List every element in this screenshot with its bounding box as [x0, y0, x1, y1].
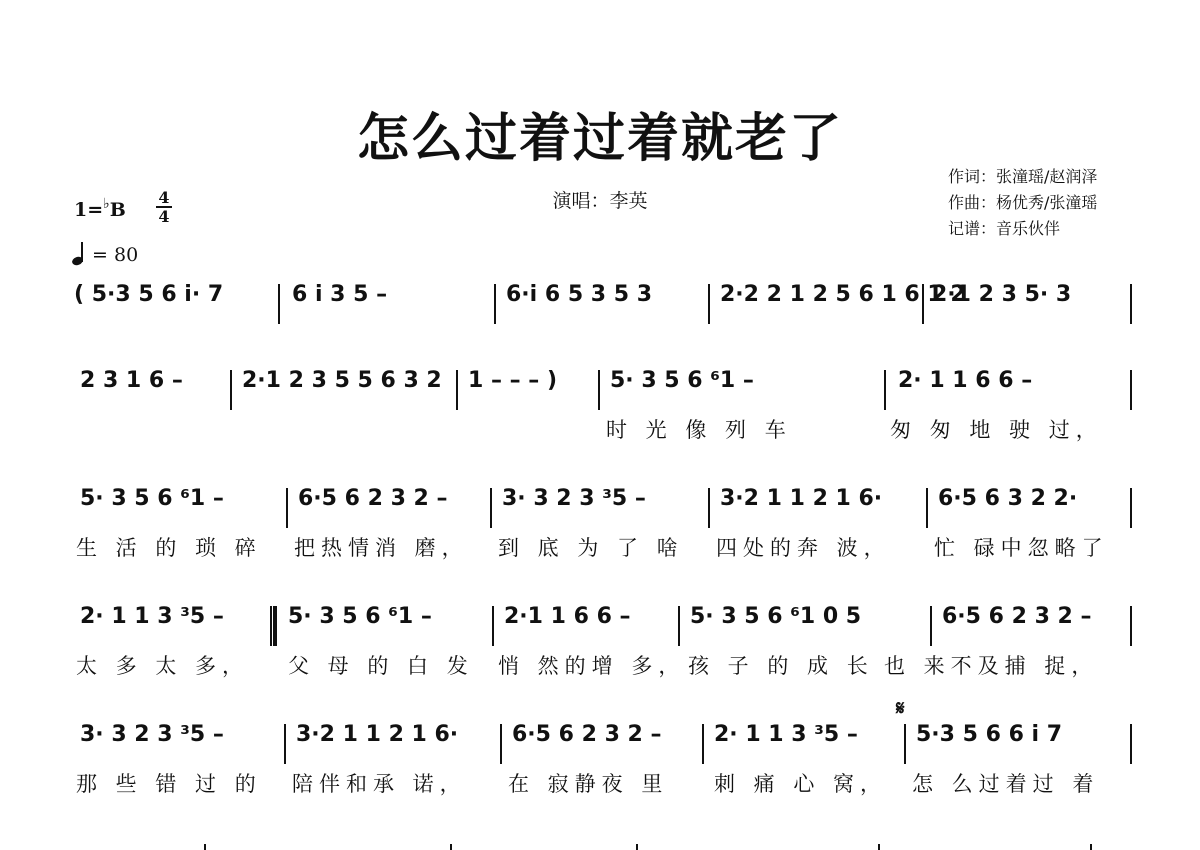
- measure: 2· 1 1 3 ³5 –: [714, 722, 858, 747]
- lyric-line: 到 底 为 了 啥: [498, 532, 684, 562]
- lyric-line: 刺 痛 心 窝，: [714, 768, 887, 798]
- measure: 5·3 5 6 6 i 7: [916, 722, 1062, 747]
- measure: 2·1 2 3 5· 3: [932, 282, 1071, 307]
- lyric-line: 太 多 太 多，: [76, 650, 249, 680]
- measure: 3· 3 2 3 ³5 –: [502, 486, 646, 511]
- measure: 2 3 1 6 –: [80, 368, 183, 393]
- measure: 3· 3 2 3 ³5 –: [80, 722, 224, 747]
- lyric-line: 生 活 的 琐 碎: [76, 532, 262, 562]
- score-row-4: 2· 1 1 3 ³5 – 5· 3 5 6 ⁶1 – 2·1 1 6 6 – …: [70, 600, 1140, 684]
- lyric-line: 也 来不及捕 捉，: [884, 650, 1098, 680]
- measure: 3·2 1 1 2 1 6·: [296, 722, 458, 747]
- lyric-line: 孩 子 的 成 长: [688, 650, 874, 680]
- repeat-start-barline: [270, 606, 277, 646]
- lyric-line: 陪伴和承 诺，: [292, 768, 467, 798]
- time-sig-bottom: 4: [156, 209, 172, 224]
- flat-icon: ♭: [103, 196, 110, 212]
- measure: 5· 3 5 6 ⁶1 –: [610, 368, 754, 393]
- lyric-line: 把热情消 磨，: [294, 532, 469, 562]
- quarter-note-icon: [72, 243, 86, 265]
- measure: 3·2 1 1 2 1 6·: [720, 486, 882, 511]
- time-sig-top: 4: [156, 190, 172, 205]
- measure: 2·2 2 1 2 5 6 1 6 1 2: [720, 282, 966, 307]
- transcriber-credit: 记谱：音乐伙伴: [948, 216, 1097, 242]
- lyric-line: 时 光 像 列 车: [606, 414, 792, 444]
- lyric-line: 怎 么过着过 着: [912, 768, 1099, 798]
- measure: 1 – – – ): [468, 368, 557, 393]
- score-row-6-partial: [70, 838, 1140, 850]
- measure: 6·5 6 2 3 2 –: [512, 722, 662, 747]
- composer-credit: 作曲：杨优秀/张潼瑶: [948, 190, 1097, 216]
- score-row-1: ( 5·3 5 6 i· 7 6 i 3 5 – 6·i 6 5 3 5 3 2…: [70, 278, 1140, 328]
- measure: 5· 3 5 6 ⁶1 –: [80, 486, 224, 511]
- measure: 6·i 6 5 3 5 3: [506, 282, 652, 307]
- lyric-line: 悄 然的增 多，: [498, 650, 685, 680]
- measure: 5· 3 5 6 ⁶1 –: [288, 604, 432, 629]
- measure: 6·5 6 3 2 2·: [938, 486, 1077, 511]
- segno-icon: 𝄋: [896, 696, 905, 720]
- tempo-marking: = 80: [72, 243, 138, 266]
- lyric-line: 在 寂静夜 里: [508, 768, 668, 798]
- measure: 2·1 1 6 6 –: [504, 604, 631, 629]
- measure: 6 i 3 5 –: [292, 282, 387, 307]
- measure: 5· 3 5 6 ⁶1 0 5: [690, 604, 861, 629]
- song-title: 怎么过着过着就老了: [0, 96, 1200, 171]
- measure: 6·5 6 2 3 2 –: [298, 486, 448, 511]
- key-signature: 1=♭B: [74, 196, 126, 221]
- credits-block: 作词：张潼瑶/赵润泽 作曲：杨优秀/张潼瑶 记谱：音乐伙伴: [948, 164, 1097, 242]
- measure: 2·1 2 3 5 5 6 3 2: [242, 368, 442, 393]
- tempo-value: = 80: [92, 244, 138, 266]
- key-note: B: [110, 199, 126, 221]
- measure: 2· 1 1 6 6 –: [898, 368, 1032, 393]
- score-row-2: 2 3 1 6 – 2·1 2 3 5 5 6 3 2 1 – – – ) 5·…: [70, 364, 1140, 448]
- score-row-5: 3· 3 2 3 ³5 – 3·2 1 1 2 1 6· 6·5 6 2 3 2…: [70, 718, 1140, 802]
- lyric-line: 四处的奔 波，: [716, 532, 891, 562]
- lyric-line: 那 些 错 过 的: [76, 768, 262, 798]
- lyricist-credit: 作词：张潼瑶/赵润泽: [948, 164, 1097, 190]
- time-signature: 4 4: [156, 190, 172, 224]
- lyric-line: 匆 匆 地 驶 过，: [890, 414, 1103, 444]
- measure: 2· 1 1 3 ³5 –: [80, 604, 224, 629]
- measure: 6·5 6 2 3 2 –: [942, 604, 1092, 629]
- score-row-3: 5· 3 5 6 ⁶1 – 6·5 6 2 3 2 – 3· 3 2 3 ³5 …: [70, 482, 1140, 566]
- lyric-line: 父 母 的 白 发: [288, 650, 474, 680]
- key-prefix: 1=: [74, 199, 103, 221]
- measure: ( 5·3 5 6 i· 7: [74, 282, 223, 307]
- lyric-line: 忙 碌中忽略了: [934, 532, 1109, 562]
